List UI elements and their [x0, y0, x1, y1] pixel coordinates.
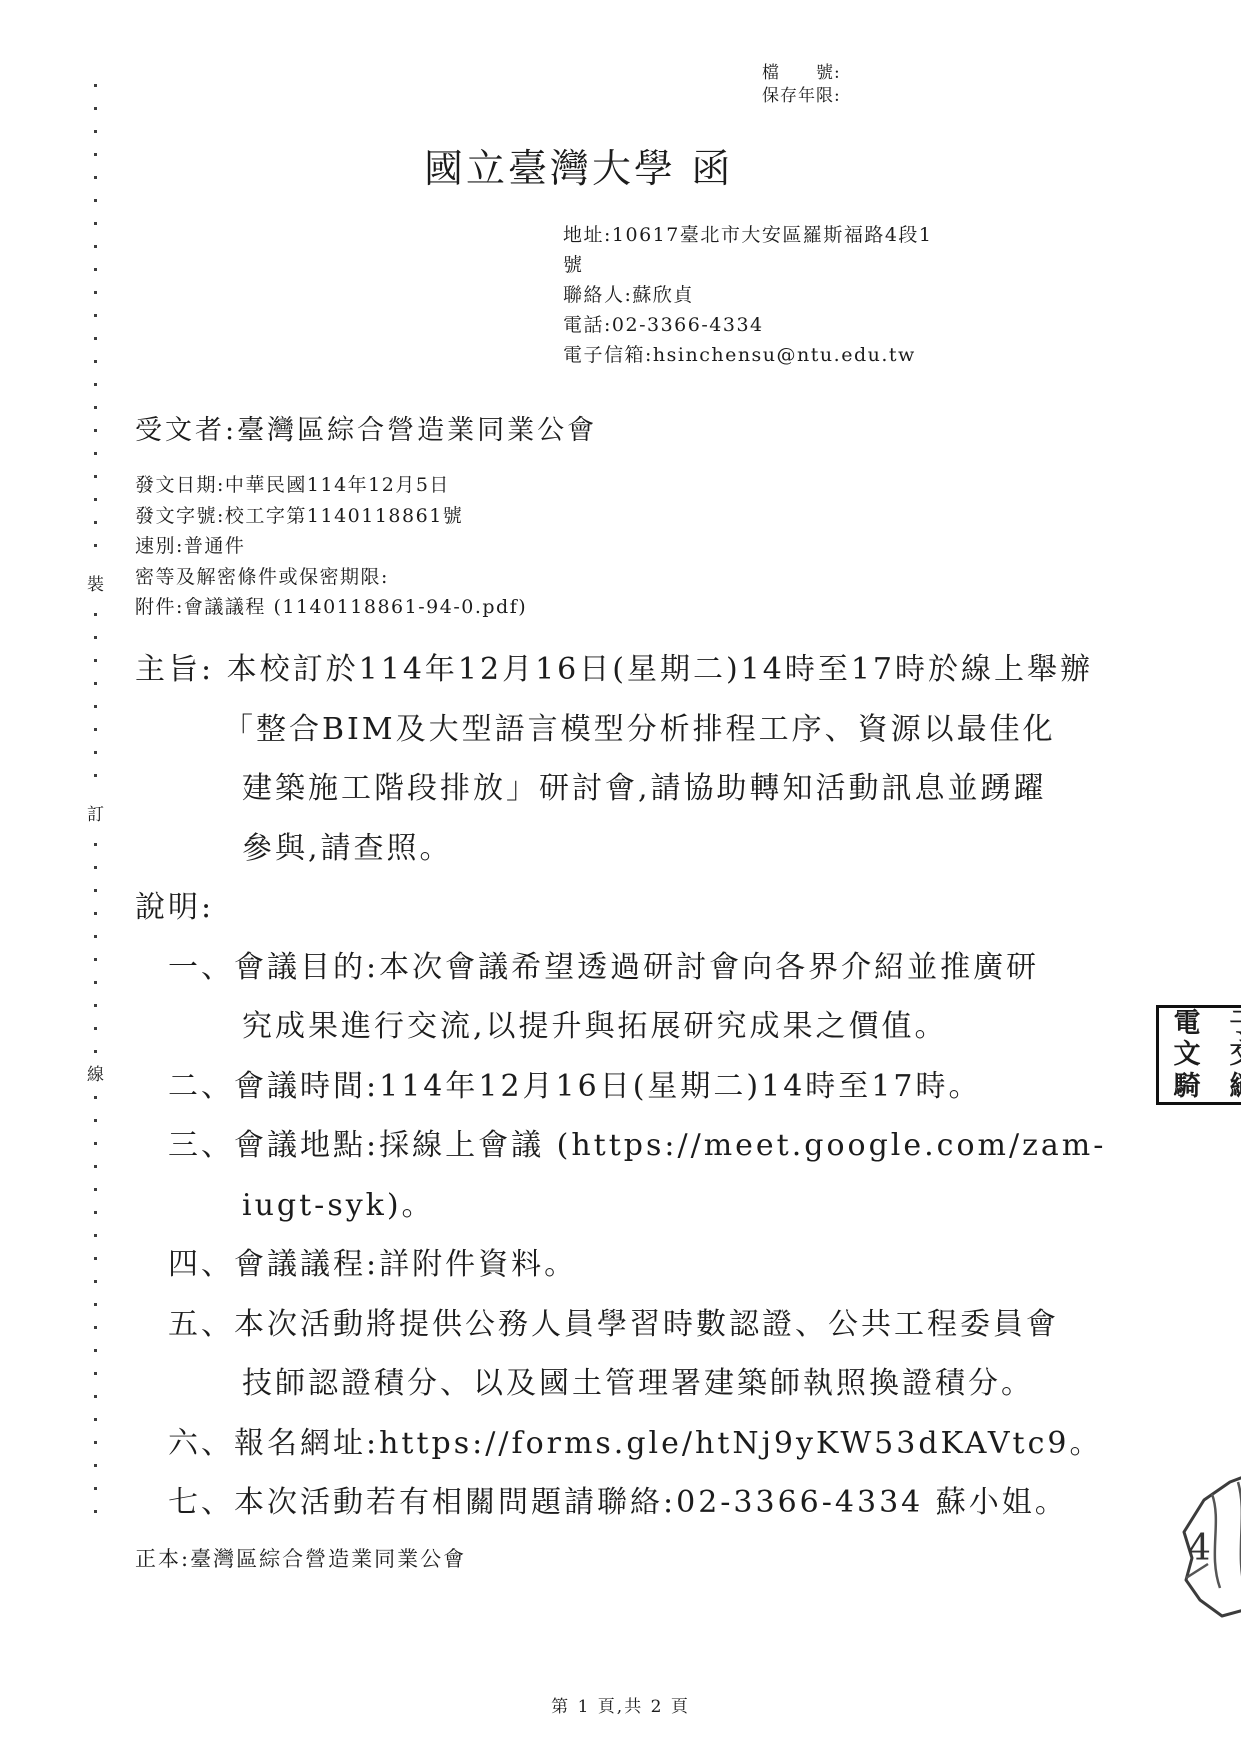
sender-contact: 聯絡人:蘇欣貞 [563, 280, 933, 310]
stamp-char: 文 [1174, 1041, 1201, 1068]
document-title: 國立臺灣大學 函 [424, 138, 733, 194]
sender-email: 電子信箱:hsinchensu@ntu.edu.tw [563, 340, 933, 370]
sender-phone: 電話:02-3366-4334 [563, 310, 933, 340]
attachment-line: 附件:會議議程 (1140118861-94-0.pdf) [135, 592, 527, 623]
description-line: iugt-syk)。 [242, 1176, 1106, 1236]
description-line: 技師認證積分、以及國土管理署建築師執照換證積分。 [242, 1354, 1106, 1414]
file-number-label: 檔 號: [762, 62, 841, 85]
description-line: 六、報名網址:https://forms.gle/htNj9yKW53dKAVt… [168, 1414, 1106, 1474]
subject-line: 參與,請查照。 [242, 819, 1106, 879]
description-line: 一、會議目的:本次會議希望透過研討會向各界介紹並推廣研 [168, 938, 1106, 998]
electronic-exchange-stamp: 電 子 文 交 騎 縫 [1156, 1005, 1241, 1105]
page-number-seal: 4 [1150, 1460, 1241, 1620]
speed-class-line: 速別:普通件 [135, 531, 527, 562]
stamp-char: 縫 [1230, 1073, 1241, 1100]
binding-mark-xian: 線 [84, 1056, 107, 1089]
sender-info-block: 地址:10617臺北市大安區羅斯福路4段1 號 聯絡人:蘇欣貞 電話:02-33… [563, 220, 933, 370]
binding-mark-ding: 訂 [84, 796, 107, 829]
seal-page-number: 4 [1188, 1528, 1211, 1569]
stamp-char: 電 [1174, 1010, 1201, 1037]
binding-mark-zhuang: 裝 [84, 566, 107, 599]
description-line: 七、本次活動若有相關問題請聯絡:02-3366-4334 蘇小姐。 [168, 1473, 1106, 1533]
document-body: 主旨: 本校訂於114年12月16日(星期二)14時至17時於線上舉辦 「整合B… [135, 640, 1106, 1533]
description-line: 究成果進行交流,以提升與拓展研究成果之價值。 [242, 997, 1106, 1057]
sender-address-line2: 號 [563, 250, 933, 280]
description-heading: 說明: [135, 878, 1106, 938]
retention-period-label: 保存年限: [762, 85, 841, 108]
doc-number-line: 發文字號:校工字第1140118861號 [135, 501, 527, 532]
description-line: 三、會議地點:採線上會議 (https://meet.google.com/za… [168, 1116, 1106, 1176]
document-meta-block: 發文日期:中華民國114年12月5日 發文字號:校工字第1140118861號 … [135, 470, 527, 623]
stamp-char: 騎 [1174, 1073, 1201, 1100]
description-line: 四、會議議程:詳附件資料。 [168, 1235, 1106, 1295]
security-class-line: 密等及解密條件或保密期限: [135, 562, 527, 593]
sender-address-line1: 地址:10617臺北市大安區羅斯福路4段1 [563, 220, 933, 250]
subject-line: 建築施工階段排放」研討會,請協助轉知活動訊息並踴躍 [242, 759, 1106, 819]
subject-line: 「整合BIM及大型語言模型分析排程工序、資源以最佳化 [223, 700, 1106, 760]
copy-to-line: 正本:臺灣區綜合營造業同業公會 [135, 1543, 466, 1573]
issue-date-line: 發文日期:中華民國114年12月5日 [135, 470, 527, 501]
subject-line: 主旨: 本校訂於114年12月16日(星期二)14時至17時於線上舉辦 [135, 640, 1106, 700]
description-line: 五、本次活動將提供公務人員學習時數認證、公共工程委員會 [168, 1295, 1106, 1355]
recipient-line: 受文者:臺灣區綜合營造業同業公會 [135, 408, 597, 447]
archive-number-block: 檔 號: 保存年限: [762, 62, 841, 108]
stamp-char: 交 [1230, 1041, 1241, 1068]
stamp-char: 子 [1230, 1010, 1241, 1037]
page-footer: 第 1 頁,共 2 頁 [0, 1692, 1241, 1717]
description-line: 二、會議時間:114年12月16日(星期二)14時至17時。 [168, 1057, 1106, 1117]
